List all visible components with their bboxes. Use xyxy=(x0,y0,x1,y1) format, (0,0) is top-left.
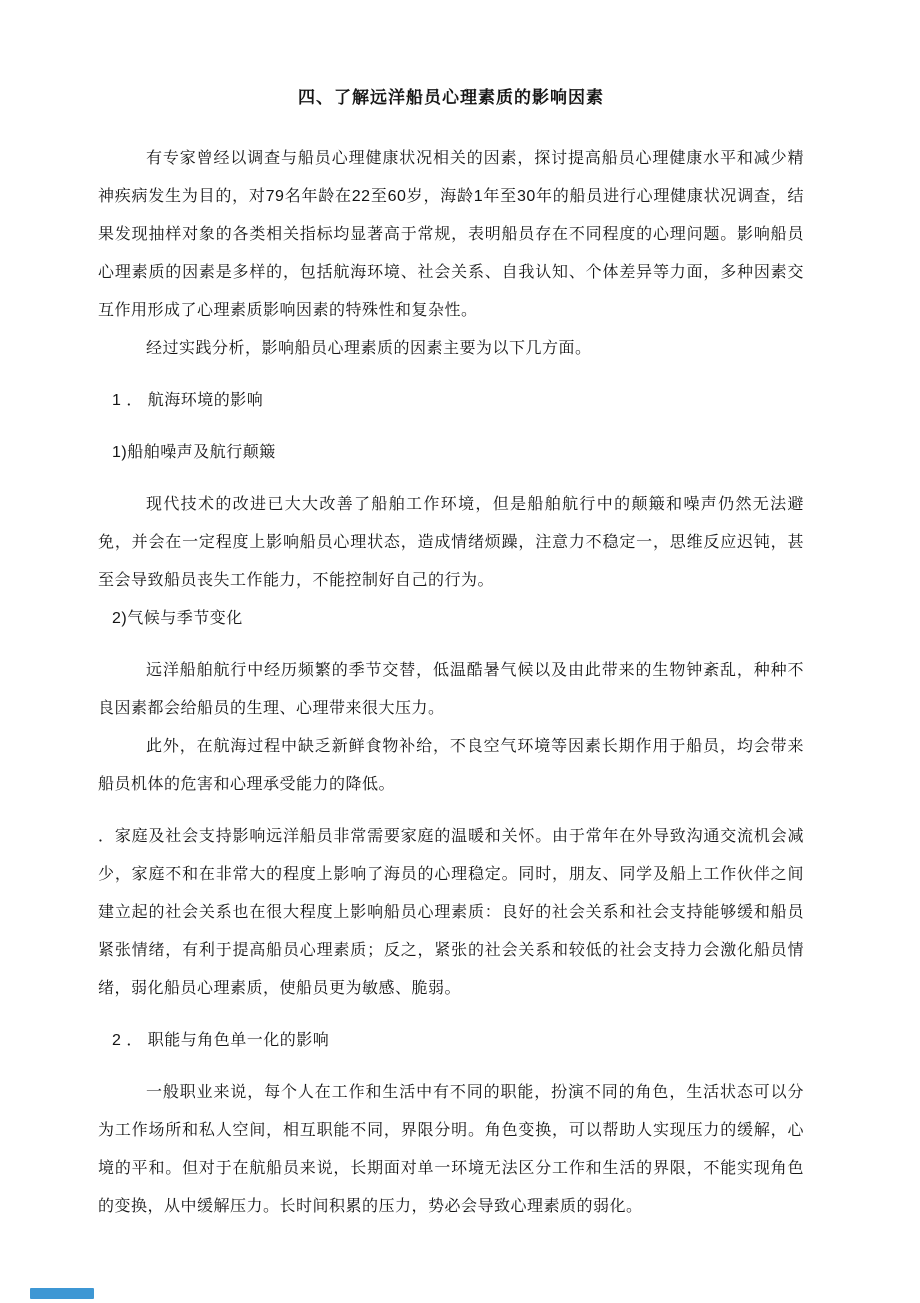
paragraph-role-switch-pressure: 一般职业来说，每个人在工作和生活中有不同的职能，扮演不同的角色，生活状态可以分为… xyxy=(98,1074,804,1226)
heading-2-role-singularity: 2 ． 职能与角色单一化的影响 xyxy=(98,1022,804,1060)
subheading-2-climate-season: 2)气候与季节变化 xyxy=(98,600,804,638)
paragraph-noise-effects: 现代技术的改进已大大改善了船舶工作环境，但是船舶航行中的颠簸和噪声仍然无法避免，… xyxy=(98,486,804,600)
subheading-1-ship-noise: 1)船舶噪声及航行颠簸 xyxy=(98,434,804,472)
paragraph-season-change: 远洋船舶航行中经历频繁的季节交替，低温酷暑气候以及由此带来的生物钟紊乱，种种不良… xyxy=(98,652,804,728)
footer-blue-marker xyxy=(30,1288,94,1299)
document-page: 四、了解远洋船员心理素质的影响因素 有专家曾经以调查与船员心理健康状况相关的因素… xyxy=(98,86,804,1226)
paragraph-food-air-supply: 此外，在航海过程中缺乏新鲜食物补给，不良空气环境等因素长期作用于船员，均会带来船… xyxy=(98,728,804,804)
paragraph-expert-survey: 有专家曾经以调查与船员心理健康状况相关的因素，探讨提高船员心理健康水平和减少精神… xyxy=(98,140,804,330)
document-title: 四、了解远洋船员心理素质的影响因素 xyxy=(98,86,804,110)
heading-1-navigation-environment: 1 ． 航海环境的影响 xyxy=(98,382,804,420)
document-background: { "doc": { "title": "四、了解远洋船员心理素质的影响因素",… xyxy=(0,0,920,1303)
paragraph-analysis-lead-in: 经过实践分析，影响船员心理素质的因素主要为以下几方面。 xyxy=(98,330,804,368)
paragraph-family-social-support: ．家庭及社会支持影响远洋船员非常需要家庭的温暖和关怀。由于常年在外导致沟通交流机… xyxy=(98,818,804,1008)
